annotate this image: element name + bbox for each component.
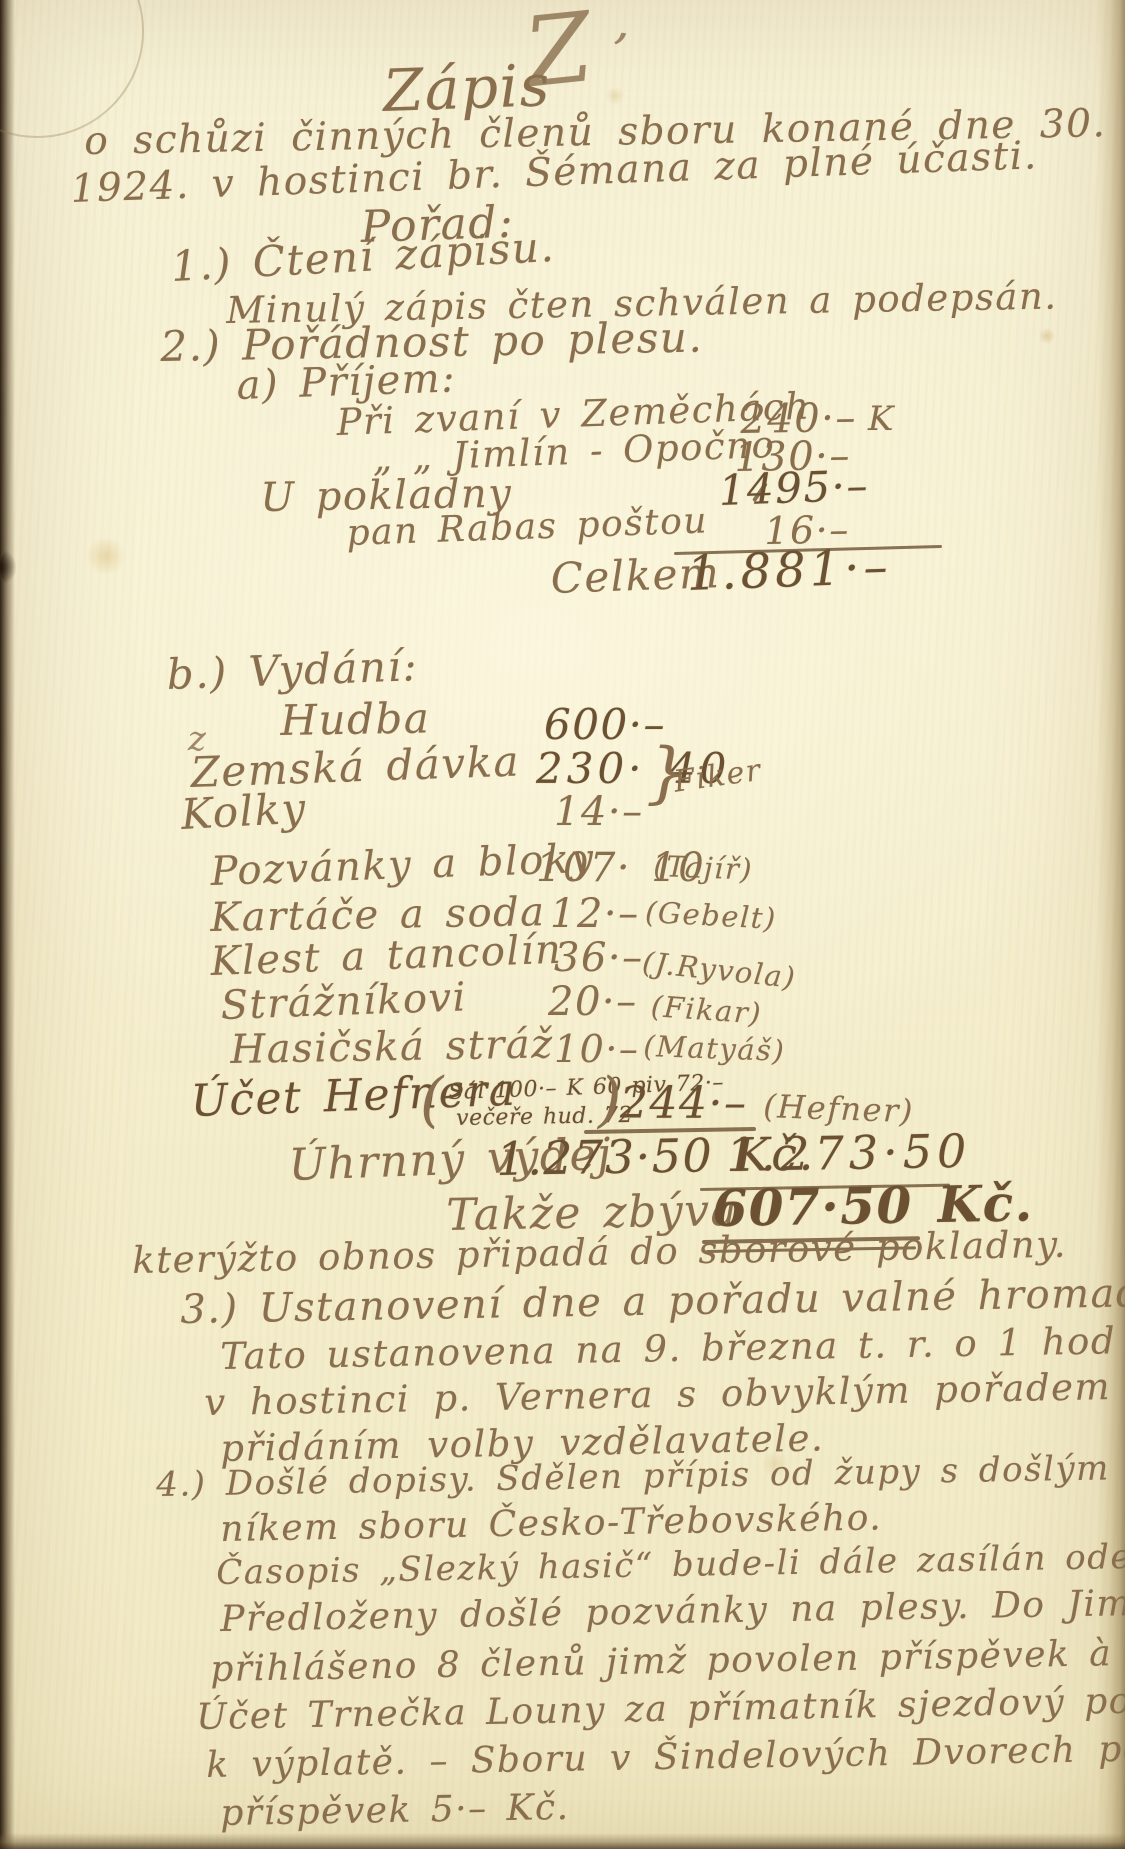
page-edge-left <box>0 0 15 1849</box>
item4-line: Účet Trnečka Louny za přímatník sjezdový… <box>196 1681 1125 1736</box>
stain <box>1038 328 1056 344</box>
paren-open-glyph: ( <box>420 1070 445 1130</box>
expense-row-amount: 20·– <box>548 982 638 1022</box>
income-total-amount: 1.881·– <box>686 543 892 598</box>
stain <box>604 88 626 104</box>
stain <box>84 538 128 574</box>
expense-row-label: Strážníkovi <box>220 977 468 1026</box>
expense-total-amount-repeat: 1.273·50 <box>726 1128 972 1178</box>
item4-line: Předloženy došlé pozvánky na plesy. Do J… <box>220 1585 1125 1638</box>
item1-heading: 1.) Čtení zápisu. <box>170 226 556 288</box>
page-edge-bottom <box>0 1833 1125 1849</box>
income-row-label: pan Rabas poštou <box>346 503 709 552</box>
expense-row-note: (Gebelt) <box>644 898 777 934</box>
expenses-heading: b.) Vydání: <box>166 645 419 696</box>
expense-row-label: Hasičská stráž <box>230 1024 554 1070</box>
expense-row-note: (Tajíř) <box>653 852 754 884</box>
expense-row-amount: 36·– <box>554 938 644 978</box>
expense-row-amount: 10·– <box>554 1030 639 1068</box>
title-flourish-mark: ’ <box>607 26 631 78</box>
expense-row-note: (Fikar) <box>650 992 763 1029</box>
expense-row-amount: 12·– <box>550 894 640 934</box>
item4-line: k výplatě. – Sboru v Šindelových Dvorech… <box>206 1730 1125 1784</box>
stain <box>0 550 16 584</box>
expense-row-label: Klest a tancolín <box>210 930 563 982</box>
expense-row-label: Hudba <box>280 697 431 742</box>
expense-row-amount: 244·– <box>620 1082 747 1126</box>
expense-row-label: Kolky <box>180 787 308 836</box>
item4-line: přihlášeno 8 členů jimž povolen příspěve… <box>210 1633 1125 1688</box>
income-row-amount: 1495·– <box>718 465 870 512</box>
item4-line: příspěvek 5·– Kč. <box>220 1790 570 1832</box>
remainder-note: kterýžto obnos připadá do sborové poklad… <box>132 1226 1067 1279</box>
manuscript-page: Z ’ Zápis o schůzi činných členů sboru k… <box>0 0 1125 1849</box>
expense-row-note: Fiker <box>672 756 764 798</box>
expense-row-note: (J.Ryvola) <box>641 948 798 993</box>
expense-row-note: (Hefner) <box>763 1090 915 1127</box>
income-row-currency: K <box>868 402 895 436</box>
expense-row-note: (Matyáš) <box>643 1032 786 1066</box>
expense-row-amount: 14·– <box>554 792 644 832</box>
page-corner-curl <box>0 0 144 138</box>
item4-line: níkem sboru Česko-Třebovského. <box>220 1500 882 1548</box>
